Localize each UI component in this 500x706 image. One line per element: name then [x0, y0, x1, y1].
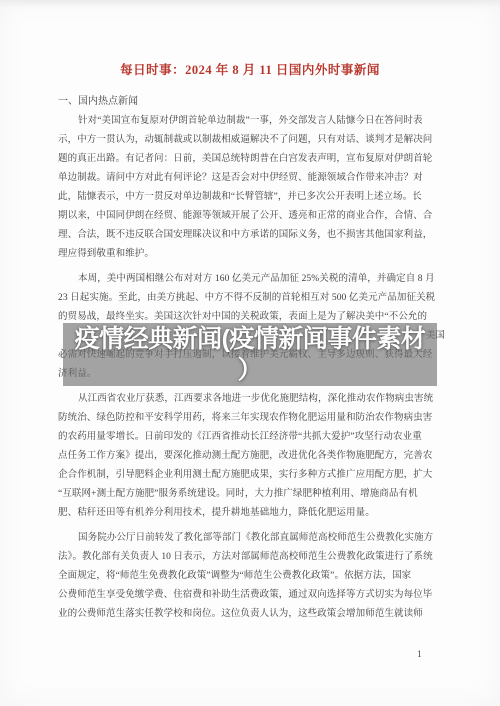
text-line: 国务院办公厅日前转发了教化部等部门《教化部直属师范高校师范生公费教化实施方 [58, 529, 445, 548]
text-line: 全面规定，将“师范生免费教化政策”调整为“师范生公费教化政策”。依据方法，国家 [58, 567, 445, 586]
text-line: 23 日起实施。至此，由美方挑起、中方不得不反制的首轮相互对 500 亿美元产品… [58, 289, 445, 308]
text-line: 期以来，中国同伊朗在经贸、能源等领域开展了公开、透亮和正常的商业合作，合情、合 [58, 207, 445, 226]
text-line: 点任务工作方案》提出，要深化推动测土配方施肥，改进优化各类作物施肥配方，完善农 [58, 447, 445, 466]
text-line: 业的公费师范生落实任教学校和岗位。这位负责人认为，这些政策会增加师范生就读师 [58, 605, 445, 624]
text-line: 本周，美中两国相继公布对对方 160 亿美元产品加征 25%关税的清单，并确定自… [58, 270, 445, 289]
text-line: 题的真正出路。有记者问：日前，美国总统特朗普在白宫发表声明，宣布复原对伊朗首轮 [58, 150, 445, 169]
text-line: 公费师范生享受免缴学费、住宿费和补助生活费政策，通过双向选择等方式切实为每位毕 [58, 586, 445, 605]
text-line: 防统治、绿色防控和平安科学用药，将来三年实现农作物化肥运用量和防治农作物病虫害 [58, 409, 445, 428]
text-line: 理应得到敬重和维护。 [58, 245, 445, 264]
text-line: 理、合法，既不违反联合国安理睬决议和中方承诺的国际义务，也不损害其他国家利益， [58, 226, 445, 245]
paragraph-jiangxi-agriculture: 从江西省农业厅获悉，江西要求各地进一步优化施肥结构，深化推动农作物病虫害统防统治… [58, 390, 445, 523]
paragraph-normal-students: 国务院办公厅日前转发了教化部等部门《教化部直属师范高校师范生公费教化实施方法》。… [58, 529, 445, 624]
text-line: 单边制裁。请问中方对此有何评论？这是否会对中伊经贸、能源领域合作带来冲击？对 [58, 169, 445, 188]
watermark-title-line1: 疫情经典新闻(疫情新闻事件素材 [75, 324, 426, 355]
section-heading: 一、国内热点新闻 [58, 95, 445, 109]
text-line: 法》。教化部有关负责人 10 日表示，方法对部属师范高校师范生公费教化政策进行了… [58, 548, 445, 567]
page-number: 1 [417, 650, 422, 660]
text-line: 示，中方一贯认为，动辄制裁或以制裁相威逼解决不了问题，只有对话、谈判才是解决问 [58, 131, 445, 150]
text-line: 此，陆慷表示，中方一贯反对单边制裁和“长臂管辖”，并已多次公开表明上述立场。长 [58, 188, 445, 207]
document-page: 每日时事：2024 年 8 月 11 日国内外时事新闻 一、国内热点新闻 针对“… [0, 0, 500, 706]
paragraph-iran-sanctions: 针对“美国宣布复原对伊朗首轮单边制裁”一事，外交部发言人陆慷今日在答问时表示，中… [58, 112, 445, 264]
text-line: 针对“美国宣布复原对伊朗首轮单边制裁”一事，外交部发言人陆慷今日在答问时表 [58, 112, 445, 131]
watermark-band: 疫情经典新闻(疫情新闻事件素材 ） [63, 323, 437, 386]
text-line: 的农药用量零增长。日前印发的《江西省推动长江经济带“共抓大爱护”攻坚行动农业重 [58, 428, 445, 447]
text-line: 企合作机制，引导肥料企业利用测土配方施肥成果，实行多种方式推广应用配方肥，扩大 [58, 466, 445, 485]
watermark-title-line2: ） [237, 355, 262, 385]
text-line: 肥、秸秆还田等有机养分利用技术，提升耕地基础地力，降低化肥运用量。 [58, 504, 445, 523]
document-title: 每日时事：2024 年 8 月 11 日国内外时事新闻 [0, 0, 500, 80]
text-line: “互联网+测土配方施肥”服务系统建设。同时，大力推广绿肥种植利用、增施商品有机 [58, 485, 445, 504]
text-line: 从江西省农业厅获悉，江西要求各地进一步优化施肥结构，深化推动农作物病虫害统 [58, 390, 445, 409]
